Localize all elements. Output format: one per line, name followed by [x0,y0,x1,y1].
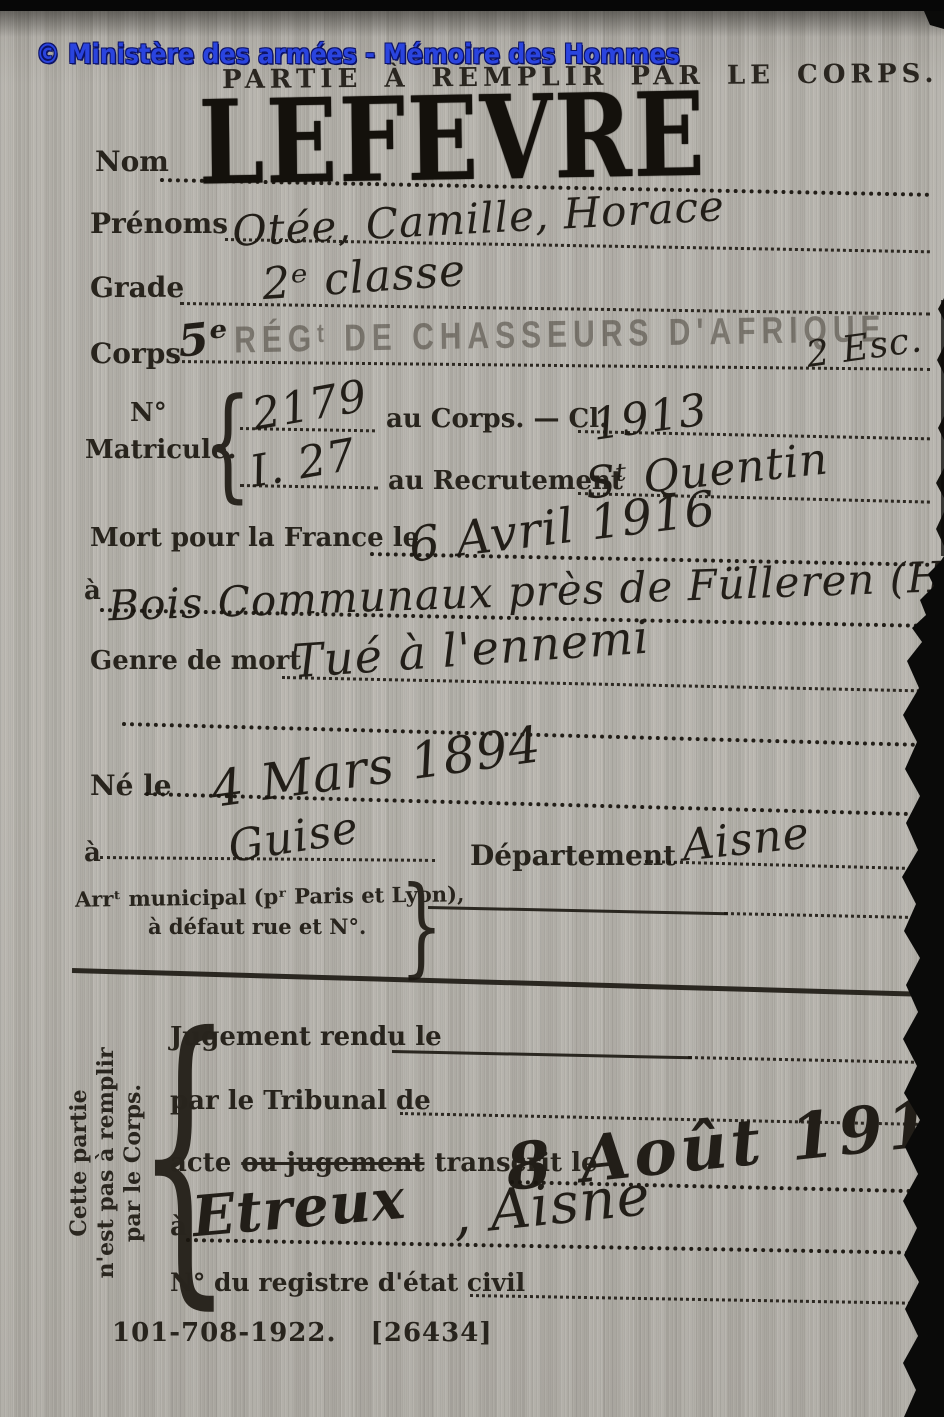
sidebar-note-line2: n'est pas à remplir [93,1023,120,1303]
jugement-label: Jugement rendu le [170,1024,442,1050]
scanned-death-record: © Ministère des armées - Mémoire des Hom… [0,0,944,1417]
grade-label: Grade [90,274,184,302]
prenoms-label: Prénoms [90,210,228,238]
footer-reference-number: 101-708-1922. [112,1318,337,1348]
matricule-label-line1: N° [130,400,167,426]
arrondissement-brace: } [400,872,443,980]
acte-label-start: acte [170,1148,231,1178]
jugement-line-solid [392,1050,692,1059]
scan-top-shade [0,11,944,37]
footer-bracket-number: [26434] [371,1318,493,1348]
genre-mort-value: Tué à l'ennemi [291,614,651,685]
dotted-line-genre-mort [282,676,932,693]
lieu-naissance-label: à [84,840,101,866]
transcription-lieu-label: à [170,1214,187,1240]
lieu-mort-label: à [84,578,101,604]
corps-label: Corps [90,340,181,368]
sidebar-note-line1: Cette partie [66,1023,93,1303]
film-edge [896,0,944,1417]
matricule-classe-value: 1913 [590,388,711,448]
transcription-lieu-value2: , Aisne [450,1168,654,1244]
genre-mort-label: Genre de mort [90,648,301,674]
departement-value: Aisne [680,811,812,868]
tribunal-label: par le Tribunal de [170,1088,431,1114]
nom-value: LEFEVRE [198,77,707,202]
departement-label: Département [470,842,676,870]
transcription-lieu-line [186,1238,934,1255]
matricule-corps-classe-label: au Corps. — Cl. [386,406,608,432]
grade-value: 2ᵉ classe [261,249,468,307]
corps-number: 5ᵉ [176,315,232,364]
arrondissement-label-line2: à défaut rue et N°. [148,916,366,937]
nom-label: Nom [95,148,169,176]
registre-label: N° du registre d'état civil [170,1270,525,1295]
transcription-lieu-value: Etreux [190,1171,408,1245]
mort-label: Mort pour la France le [90,525,419,551]
arrondissement-line-solid [428,906,728,915]
corps-regiment-stamp: RÉGᵗ DE CHASSEURS D'AFRIQUE [234,309,887,363]
scan-top-bar [0,0,944,11]
footer-reference: 101-708-1922.[26434] [112,1318,493,1348]
registre-line-dotted [470,1294,935,1305]
